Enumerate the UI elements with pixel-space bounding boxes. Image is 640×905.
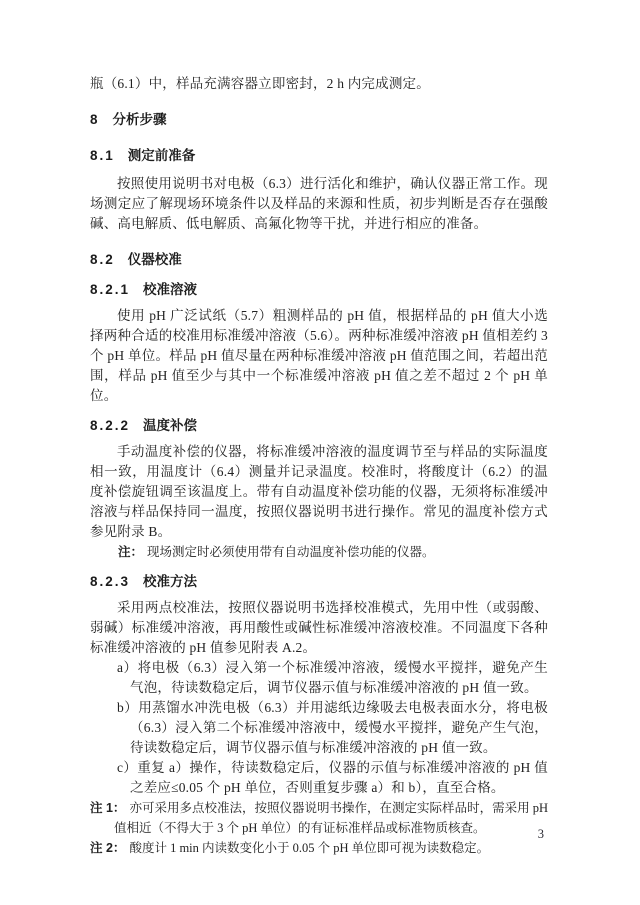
- calibration-step-list: a）将电极（6.3）浸入第一个标准缓冲溶液，缓慢水平搅拌，避免产生气泡，待读数稳…: [90, 658, 548, 798]
- heading-number: 8.2.3: [90, 574, 130, 589]
- note-label: 注 2：: [90, 841, 125, 855]
- step-item-c: c）重复 a）操作，待读数稳定后，仪器的示值与标准缓冲溶液的 pH 值之差应≤0…: [117, 758, 548, 798]
- section-8-2-2-paragraph: 手动温度补偿的仪器，将标准缓冲溶液的温度调节至与样品的实际温度相一致，用温度计（…: [90, 442, 548, 542]
- step-marker: c）: [117, 760, 137, 775]
- step-text: 将电极（6.3）浸入第一个标准缓冲溶液，缓慢水平搅拌，避免产生气泡，待读数稳定后…: [130, 660, 548, 695]
- section-8-2-3-notes: 注 1：亦可采用多点校准法，按照仪器说明书操作，在测定实际样品时，需采用 pH …: [90, 798, 548, 858]
- note-text: 现场测定时必须使用带有自动温度补偿功能的仪器。: [147, 545, 435, 559]
- step-marker: a）: [117, 660, 138, 675]
- heading-number: 8.2: [90, 252, 115, 267]
- heading-number: 8.2.2: [90, 418, 130, 433]
- document-page: 瓶（6.1）中，样品充满容器立即密封，2 h 内完成测定。 8分析步骤 8.1测…: [0, 0, 640, 905]
- section-8-2-2-heading: 8.2.2温度补偿: [90, 416, 548, 436]
- heading-title: 校准方法: [143, 574, 197, 589]
- note-label: 注：: [118, 545, 143, 559]
- heading-number: 8.2.1: [90, 282, 130, 297]
- heading-title: 测定前准备: [128, 148, 196, 163]
- continuation-paragraph: 瓶（6.1）中，样品充满容器立即密封，2 h 内完成测定。: [90, 74, 548, 94]
- section-8-1-heading: 8.1测定前准备: [90, 146, 548, 166]
- section-8-2-3-heading: 8.2.3校准方法: [90, 572, 548, 592]
- section-8-heading: 8分析步骤: [90, 110, 548, 130]
- note-item-2: 注 2：酸度计 1 min 内读数变化小于 0.05 个 pH 单位即可视为读数…: [90, 838, 548, 858]
- section-8-2-1-paragraph: 使用 pH 广泛试纸（5.7）粗测样品的 pH 值，根据样品的 pH 值大小选择…: [90, 306, 548, 406]
- heading-number: 8.1: [90, 148, 115, 163]
- heading-title: 分析步骤: [113, 112, 167, 127]
- section-8-2-2-note: 注：现场测定时必须使用带有自动温度补偿功能的仪器。: [118, 542, 548, 562]
- heading-title: 仪器校准: [128, 252, 182, 267]
- step-item-a: a）将电极（6.3）浸入第一个标准缓冲溶液，缓慢水平搅拌，避免产生气泡，待读数稳…: [117, 658, 548, 698]
- note-text: 亦可采用多点校准法，按照仪器说明书操作，在测定实际样品时，需采用 pH 值相近（…: [114, 801, 548, 835]
- heading-title: 温度补偿: [143, 418, 197, 433]
- page-number: 3: [538, 827, 544, 842]
- heading-number: 8: [90, 112, 100, 127]
- note-item-1: 注 1：亦可采用多点校准法，按照仪器说明书操作，在测定实际样品时，需采用 pH …: [90, 798, 548, 838]
- section-8-2-3-paragraph: 采用两点校准法，按照仪器说明书选择校准模式，先用中性（或弱酸、弱碱）标准缓冲溶液…: [90, 598, 548, 658]
- note-text: 酸度计 1 min 内读数变化小于 0.05 个 pH 单位即可视为读数稳定。: [129, 841, 489, 855]
- section-8-1-paragraph: 按照使用说明书对电极（6.3）进行活化和维护，确认仪器正常工作。现场测定应了解现…: [90, 174, 548, 234]
- section-8-2-1-heading: 8.2.1校准溶液: [90, 280, 548, 300]
- heading-title: 校准溶液: [143, 282, 197, 297]
- step-item-b: b）用蒸馏水冲洗电极（6.3）并用滤纸边缘吸去电极表面水分，将电极（6.3）浸入…: [117, 698, 548, 758]
- step-marker: b）: [117, 700, 138, 715]
- note-label: 注 1：: [90, 801, 125, 815]
- section-8-2-heading: 8.2仪器校准: [90, 250, 548, 270]
- step-text: 用蒸馏水冲洗电极（6.3）并用滤纸边缘吸去电极表面水分，将电极（6.3）浸入第二…: [130, 700, 548, 755]
- step-text: 重复 a）操作，待读数稳定后，仪器的示值与标准缓冲溶液的 pH 值之差应≤0.0…: [130, 760, 548, 795]
